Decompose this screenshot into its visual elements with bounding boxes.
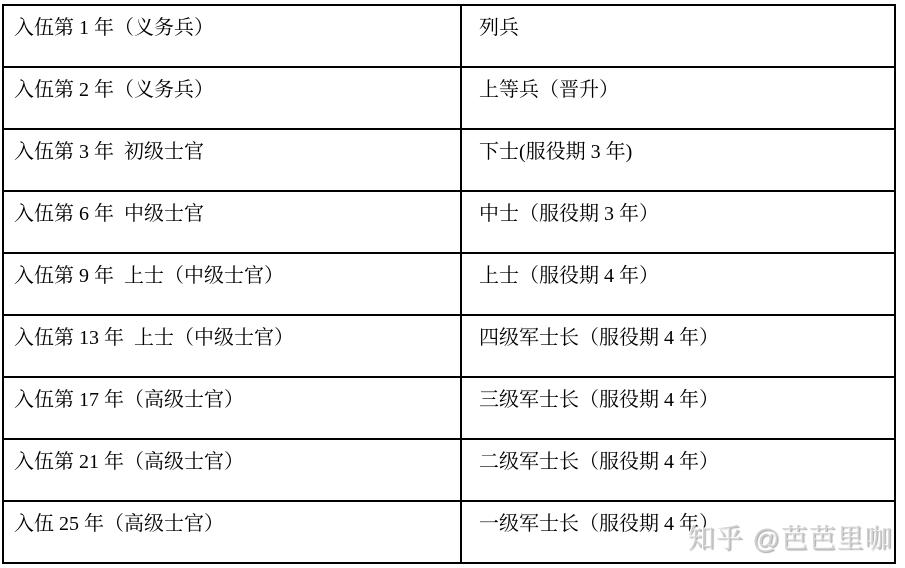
table-row: 入伍第 6 年 中级士官 中士（服役期 3 年） <box>3 191 895 253</box>
rank-cell: 上等兵（晋升） <box>461 67 895 129</box>
rank-cell: 下士(服役期 3 年) <box>461 129 895 191</box>
service-year-cell: 入伍第 1 年（义务兵） <box>3 5 461 67</box>
rank-cell: 中士（服役期 3 年） <box>461 191 895 253</box>
table-row: 入伍 25 年（高级士官） 一级军士长（服役期 4 年） <box>3 501 895 563</box>
table-row: 入伍第 17 年（高级士官） 三级军士长（服役期 4 年） <box>3 377 895 439</box>
table-row: 入伍第 13 年 上士（中级士官） 四级军士长（服役期 4 年） <box>3 315 895 377</box>
table-row: 入伍第 3 年 初级士官 下士(服役期 3 年) <box>3 129 895 191</box>
rank-table: 入伍第 1 年（义务兵） 列兵 入伍第 2 年（义务兵） 上等兵（晋升） 入伍第… <box>2 4 896 564</box>
service-year-cell: 入伍第 3 年 初级士官 <box>3 129 461 191</box>
rank-cell: 列兵 <box>461 5 895 67</box>
service-year-cell: 入伍第 9 年 上士（中级士官） <box>3 253 461 315</box>
table-row: 入伍第 2 年（义务兵） 上等兵（晋升） <box>3 67 895 129</box>
service-year-cell: 入伍 25 年（高级士官） <box>3 501 461 563</box>
table-row: 入伍第 1 年（义务兵） 列兵 <box>3 5 895 67</box>
service-year-cell: 入伍第 21 年（高级士官） <box>3 439 461 501</box>
service-year-cell: 入伍第 17 年（高级士官） <box>3 377 461 439</box>
table-row: 入伍第 9 年 上士（中级士官） 上士（服役期 4 年） <box>3 253 895 315</box>
rank-cell: 四级军士长（服役期 4 年） <box>461 315 895 377</box>
rank-cell: 上士（服役期 4 年） <box>461 253 895 315</box>
rank-cell: 一级军士长（服役期 4 年） <box>461 501 895 563</box>
rank-cell: 二级军士长（服役期 4 年） <box>461 439 895 501</box>
service-year-cell: 入伍第 6 年 中级士官 <box>3 191 461 253</box>
rank-table-container: 入伍第 1 年（义务兵） 列兵 入伍第 2 年（义务兵） 上等兵（晋升） 入伍第… <box>2 4 896 564</box>
service-year-cell: 入伍第 13 年 上士（中级士官） <box>3 315 461 377</box>
table-row: 入伍第 21 年（高级士官） 二级军士长（服役期 4 年） <box>3 439 895 501</box>
rank-cell: 三级军士长（服役期 4 年） <box>461 377 895 439</box>
service-year-cell: 入伍第 2 年（义务兵） <box>3 67 461 129</box>
